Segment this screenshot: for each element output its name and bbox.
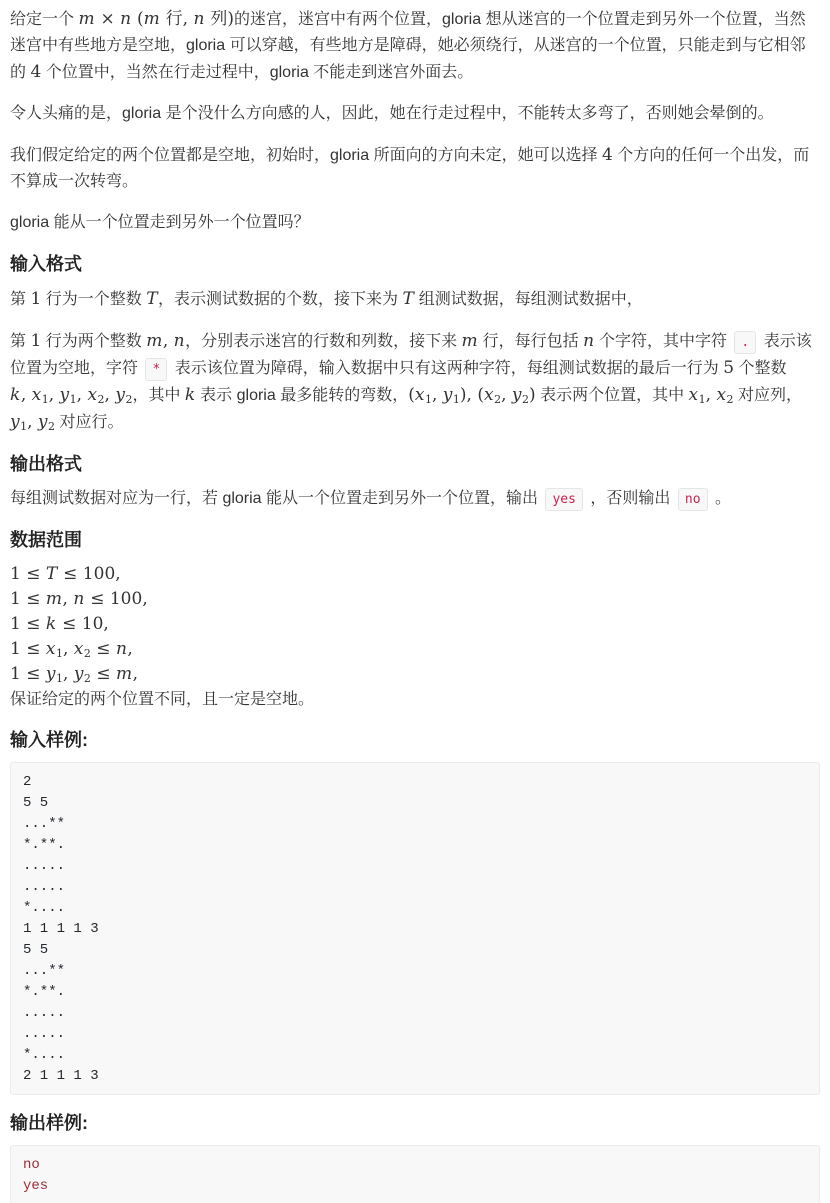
data-range-lines: 1 ≤ T ≤ 100,1 ≤ m, n ≤ 100,1 ≤ k ≤ 10,1 … — [10, 562, 820, 712]
text-run: 。 — [711, 490, 731, 507]
data-range-heading: 数据范围 — [10, 527, 820, 553]
range-line: 1 ≤ m, n ≤ 100, — [10, 587, 820, 612]
math-expression: 1 — [30, 289, 41, 309]
input-format-paragraph-1: 第 1 行为一个整数 T，表示测试数据的个数，接下来为 T 组测试数据，每组测试… — [10, 286, 820, 313]
math-expression: 1 ≤ x1, x2 ≤ n, — [10, 639, 133, 659]
math-expression: 1 — [30, 331, 41, 351]
text-run: 给定一个 — [10, 11, 78, 28]
text-run: 表示 gloria 最多能转的弯数， — [196, 387, 408, 404]
text-run: 组测试数据，每组测试数据中， — [414, 291, 642, 308]
intro-paragraph-1: 给定一个 m × n (m 行, n 列)的迷宫，迷宫中有两个位置，gloria… — [10, 6, 820, 86]
input-sample-heading: 输入样例: — [10, 727, 820, 753]
text-run: 行为两个整数 — [41, 333, 146, 350]
intro-question: gloria 能从一个位置走到另外一个位置吗？ — [10, 210, 820, 236]
range-line: 保证给定的两个位置不同，且一定是空地。 — [10, 687, 820, 712]
math-expression: m — [462, 331, 479, 351]
problem-content: 给定一个 m × n (m 行, n 列)的迷宫，迷宫中有两个位置，gloria… — [10, 6, 820, 1203]
math-expression: 1 ≤ m, n ≤ 100, — [10, 589, 148, 609]
text-run: 对应列， — [734, 387, 802, 404]
inline-code: no — [678, 488, 708, 511]
text-run: 我们假定给定的两个位置都是空地，初始时，gloria 所面向的方向未定，她可以选… — [10, 147, 602, 164]
math-expression: (x1, y1), (x2, y2) — [408, 385, 535, 405]
math-expression: y1, y2 — [10, 412, 55, 432]
math-expression: k — [185, 385, 196, 405]
text-run: 个整数 — [734, 360, 786, 377]
text-run: 个位置中，当然在行走过程中，gloria 不能走到迷宫外面去。 — [41, 64, 473, 81]
text-run: 行为一个整数 — [41, 291, 146, 308]
inline-code: yes — [545, 488, 582, 511]
output-sample-code: no yes — [23, 1157, 48, 1194]
math-expression: n — [583, 331, 594, 351]
text-run: ，分别表示迷宫的行数和列数，接下来 — [185, 333, 461, 350]
input-format-heading: 输入格式 — [10, 251, 820, 277]
math-expression: T — [402, 289, 414, 309]
text-run: ，表示测试数据的个数，接下来为 — [158, 291, 402, 308]
math-expression: k, x1, y1, x2, y2 — [10, 385, 132, 405]
text-run: 第 — [10, 291, 30, 308]
input-sample-code: 2 5 5 ...** *.**. ..... ..... *.... 1 1 … — [23, 774, 99, 1084]
text-run: 表示两个位置，其中 — [536, 387, 689, 404]
range-line: 1 ≤ x1, x2 ≤ n, — [10, 637, 820, 662]
text-run: gloria 能从一个位置走到另外一个位置吗？ — [10, 214, 310, 231]
intro-paragraph-3: 我们假定给定的两个位置都是空地，初始时，gloria 所面向的方向未定，她可以选… — [10, 142, 820, 195]
math-expression: T — [146, 289, 158, 309]
math-expression: 1 ≤ y1, y2 ≤ m, — [10, 664, 138, 684]
input-format-paragraph-2: 第 1 行为两个整数 m, n，分别表示迷宫的行数和列数，接下来 m 行，每行包… — [10, 328, 820, 436]
math-expression: x1, x2 — [689, 385, 734, 405]
inline-code: * — [145, 358, 167, 381]
text-run: 行，每行包括 — [478, 333, 583, 350]
text-run: 令人头痛的是，gloria 是个没什么方向感的人，因此，她在行走过程中，不能转太… — [10, 105, 774, 122]
range-line: 1 ≤ y1, y2 ≤ m, — [10, 662, 820, 687]
math-expression: m, n — [146, 331, 185, 351]
output-format-heading: 输出格式 — [10, 451, 820, 477]
range-line: 1 ≤ k ≤ 10, — [10, 612, 820, 637]
text-run: 每组测试数据对应为一行，若 gloria 能从一个位置走到另外一个位置，输出 — [10, 490, 542, 507]
output-sample-heading: 输出样例: — [10, 1110, 820, 1136]
text-run: 保证给定的两个位置不同，且一定是空地。 — [10, 691, 314, 708]
text-run: 表示该位置为障碍，输入数据中只有这两种字符，每组测试数据的最后一行为 — [170, 360, 723, 377]
math-expression: 4 — [30, 62, 41, 82]
intro-paragraph-2: 令人头痛的是，gloria 是个没什么方向感的人，因此，她在行走过程中，不能转太… — [10, 101, 820, 127]
math-expression: 5 — [723, 358, 734, 378]
math-expression: m × n (m 行, n 列) — [78, 9, 234, 29]
text-run: 对应行。 — [55, 414, 123, 431]
math-expression: 4 — [602, 145, 613, 165]
text-run: ，其中 — [132, 387, 184, 404]
output-sample-block: no yes — [10, 1145, 820, 1203]
range-line: 1 ≤ T ≤ 100, — [10, 562, 820, 587]
text-run: 个字符，其中字符 — [595, 333, 732, 350]
input-sample-block: 2 5 5 ...** *.**. ..... ..... *.... 1 1 … — [10, 762, 820, 1095]
math-expression: 1 ≤ k ≤ 10, — [10, 614, 109, 634]
text-run: 第 — [10, 333, 30, 350]
inline-code: . — [734, 331, 756, 354]
text-run: ，否则输出 — [586, 490, 675, 507]
math-expression: 1 ≤ T ≤ 100, — [10, 564, 121, 584]
output-format-paragraph: 每组测试数据对应为一行，若 gloria 能从一个位置走到另外一个位置，输出 y… — [10, 486, 820, 512]
